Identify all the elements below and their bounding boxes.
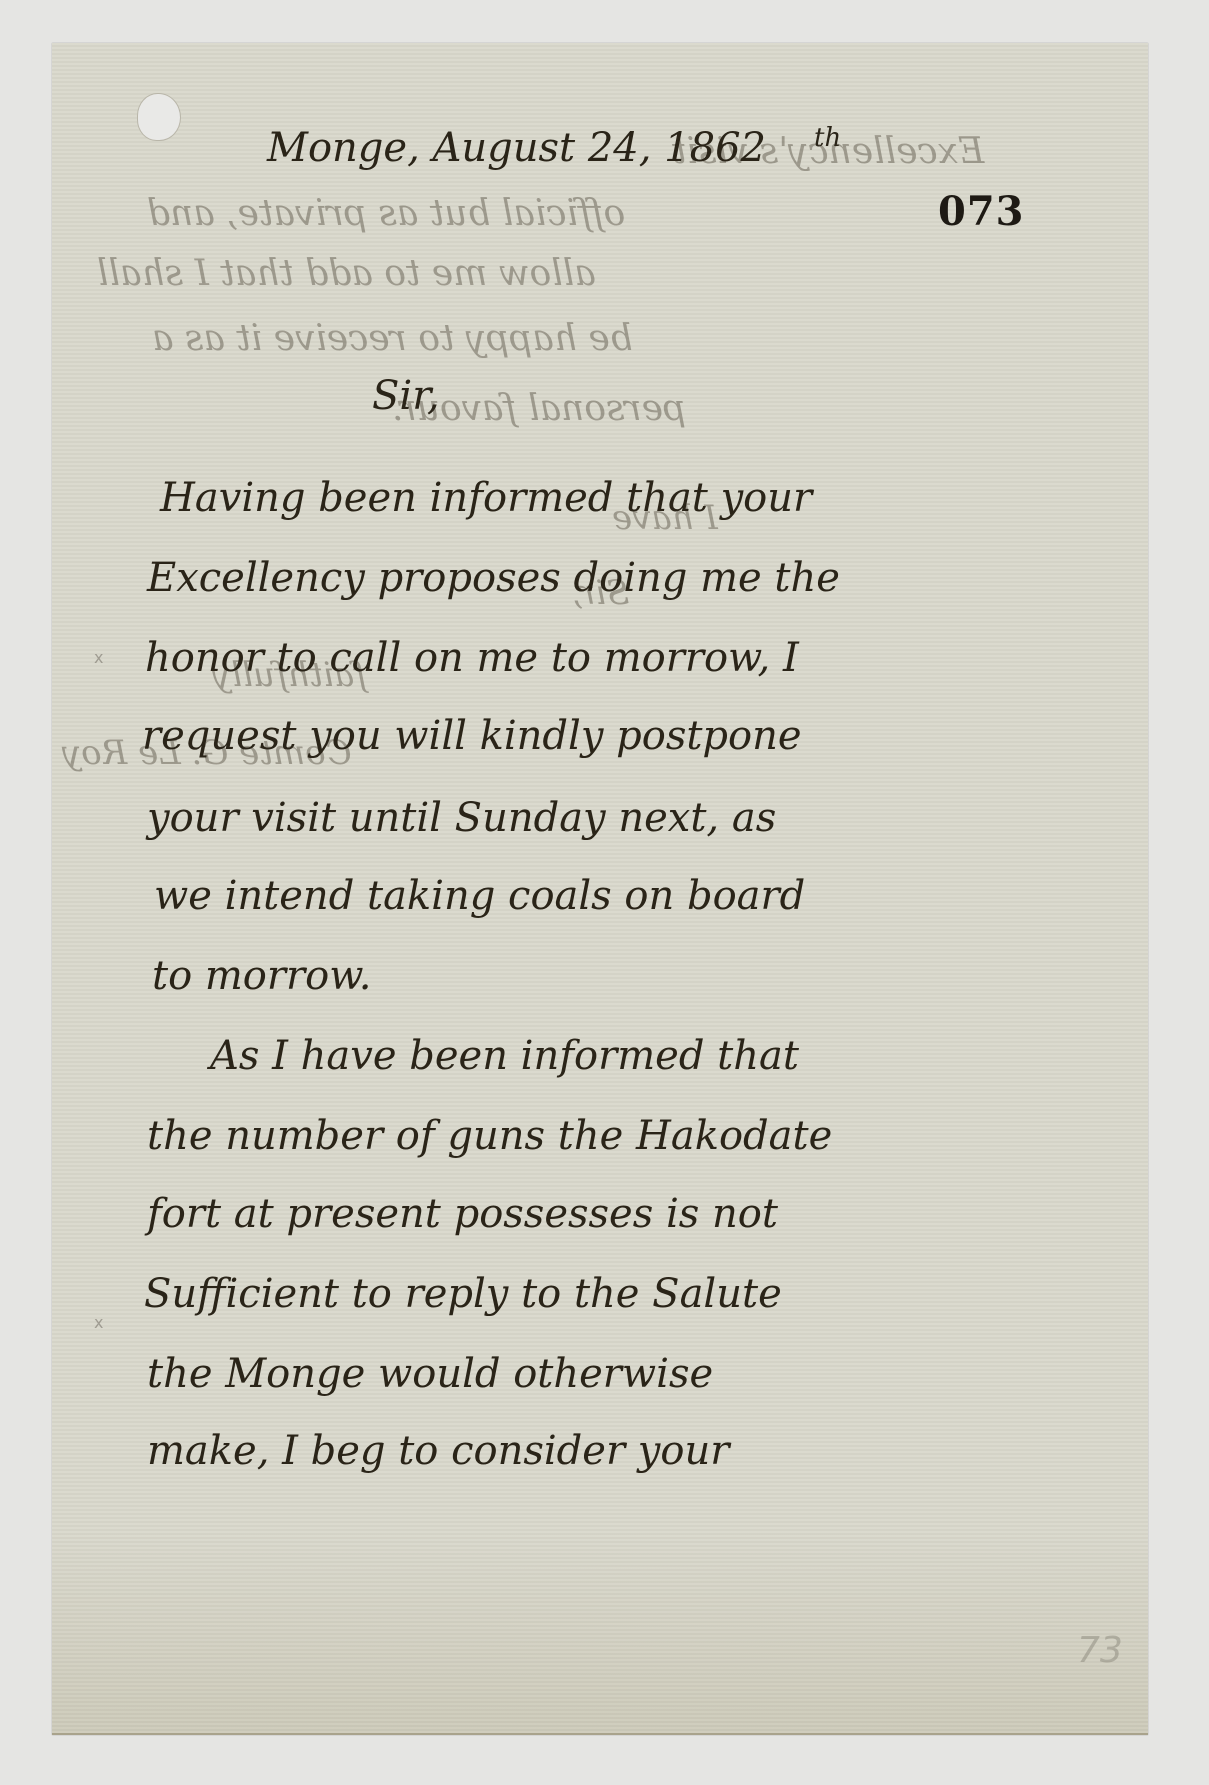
body-line: to morrow. bbox=[152, 953, 371, 999]
body-line: your visit until Sunday next, as bbox=[147, 795, 776, 841]
margin-mark: x bbox=[94, 648, 103, 667]
date-year: , 1862 bbox=[639, 125, 766, 171]
body-line: fort at present possesses is not bbox=[147, 1191, 778, 1237]
archive-number-stamp: 073 bbox=[938, 188, 1025, 235]
letter-sheet: Excellency's visit official but as priva… bbox=[52, 43, 1148, 1735]
body-line: the Monge would otherwise bbox=[147, 1351, 713, 1397]
date-text: August 24 bbox=[433, 125, 639, 171]
bleed-through-line: allow me to add that I shall bbox=[97, 253, 596, 294]
date-suffix: th bbox=[814, 123, 841, 153]
body-line: the number of guns the Hakodate bbox=[147, 1113, 832, 1159]
pencil-folio-number: 73 bbox=[1077, 1630, 1123, 1671]
body-line: Excellency proposes doing me the bbox=[147, 555, 840, 601]
bleed-through-line: be happy to receive it as a bbox=[152, 318, 633, 359]
margin-mark: x bbox=[94, 1313, 103, 1332]
letter-header: Monge, August 24, 1862 bbox=[267, 125, 766, 171]
bleed-through-line: official but as private, and bbox=[147, 193, 625, 234]
punch-hole bbox=[137, 93, 181, 141]
body-line: Sufficient to reply to the Salute bbox=[144, 1271, 782, 1317]
body-line: As I have been informed that bbox=[210, 1033, 799, 1079]
body-line: request you will kindly postpone bbox=[142, 713, 802, 759]
body-line: Having been informed that your bbox=[160, 475, 812, 521]
place-name: Monge, bbox=[267, 125, 420, 171]
body-line: we intend taking coals on board bbox=[154, 873, 805, 919]
body-line: make, I beg to consider your bbox=[147, 1428, 729, 1474]
body-line: honor to call on me to morrow, I bbox=[145, 635, 799, 681]
salutation: Sir, bbox=[372, 373, 440, 419]
